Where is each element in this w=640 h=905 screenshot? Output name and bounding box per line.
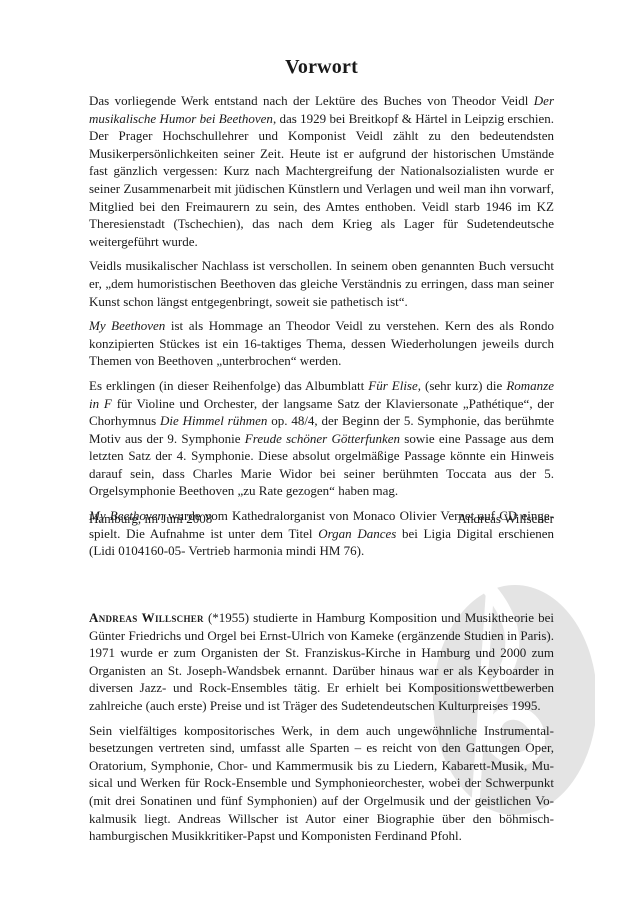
page-title: Vorwort [89, 56, 554, 79]
foreword-paragraph-3: My Beethoven ist als Hommage an Theodor … [89, 317, 554, 370]
author-name: Andreas Willscher [89, 610, 204, 625]
foreword-paragraph-4: Es erklingen (in dieser Reihenfolge) das… [89, 377, 554, 500]
biography-paragraph-1: Andreas Willscher (*1955) studierte in H… [89, 609, 554, 715]
biography-section: Andreas Willscher (*1955) studierte in H… [89, 609, 554, 852]
signature-line: Hamburg, im Juni 2008 Andreas Willscher [89, 510, 554, 527]
author-signature: Andreas Willscher [458, 510, 554, 527]
foreword-section: Das vorliegende Werk entstand nach der L… [89, 92, 554, 567]
foreword-paragraph-2: Veidls musikalischer Nachlass ist versch… [89, 257, 554, 310]
place-date: Hamburg, im Juni 2008 [89, 510, 212, 527]
cd-title: Organ Dances [318, 526, 396, 541]
biography-paragraph-2: Sein vielfältiges kompositorisches Werk,… [89, 722, 554, 845]
foreword-paragraph-1: Das vorliegende Werk entstand nach der L… [89, 92, 554, 250]
work-title: My Beethoven [89, 318, 165, 333]
